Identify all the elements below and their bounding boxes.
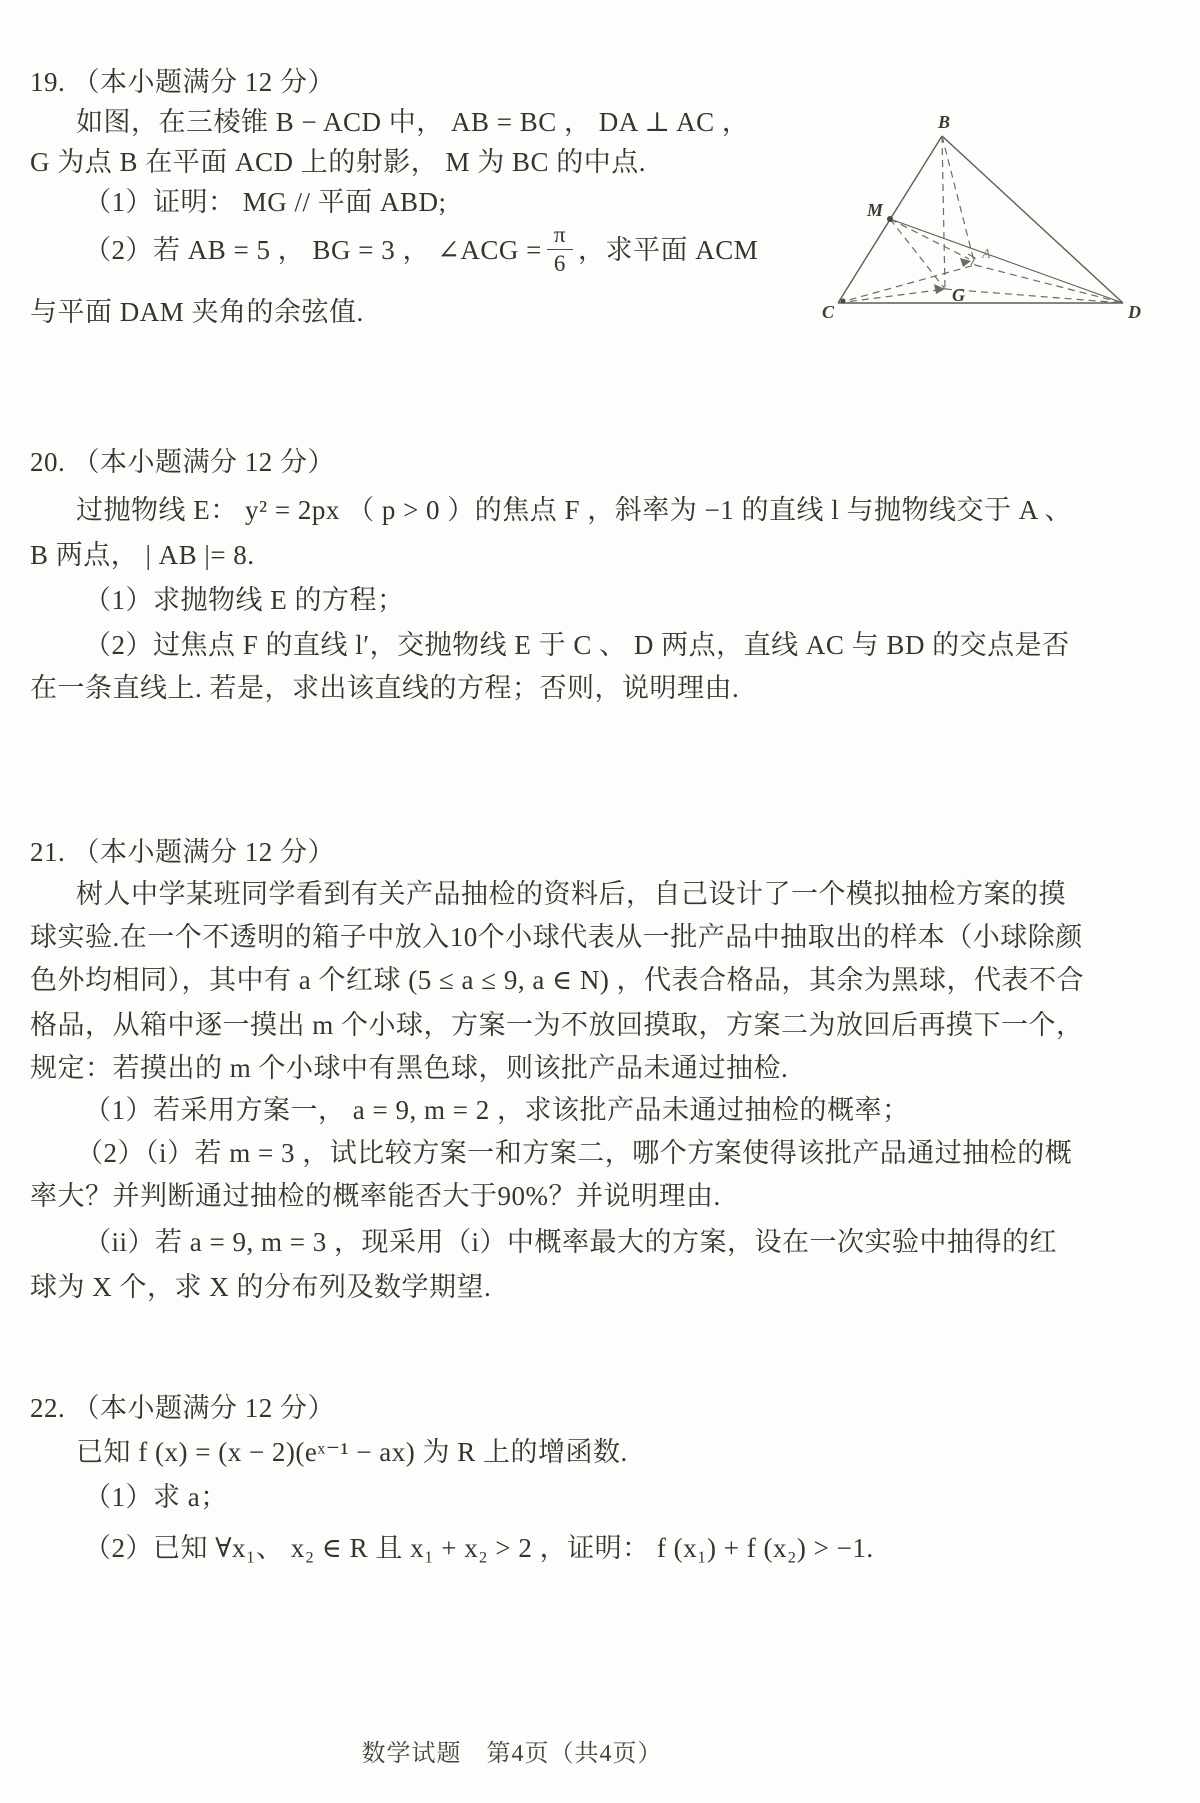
exam-page: 19. （本小题满分 12 分） 如图，在三棱锥 B − ACD 中， AB =… [0, 0, 1200, 1803]
q21-intro-line2: 球实验.在一个不透明的箱子中放入10个小球代表从一批产品中抽取出的样本（小球除颜 [30, 917, 1083, 957]
q20-part2-line1: （2）过焦点 F 的直线 l′，交抛物线 E 于 C 、 D 两点，直线 AC … [84, 625, 1070, 665]
q19-part2: （2）若 AB = 5 ， BG = 3 ， ∠ACG = π 6 ，求平面 A… [84, 222, 758, 278]
figure-label-C: C [822, 302, 835, 322]
page-footer: 数学试题 第4页（共4页） [0, 1733, 1024, 1768]
q19-heading: 19. （本小题满分 12 分） [30, 62, 335, 102]
tetrahedron-figure: B M A G C D [698, 86, 1144, 326]
q21-part2-line3: （ii）若 a = 9, m = 3 ，现采用（i）中概率最大的方案，设在一次实… [84, 1222, 1057, 1262]
figure-label-G: G [952, 285, 965, 305]
q21-part1: （1）若采用方案一， a = 9, m = 2 ，求该批产品未通过抽检的概率； [84, 1090, 909, 1130]
fraction-pi-over-6: π 6 [547, 222, 573, 278]
q19-intro-line2: G 为点 B 在平面 ACD 上的射影， M 为 BC 的中点. [30, 142, 646, 182]
q21-part2-line2: 率大？并判断通过抽检的概率能否大于90%？并说明理由. [30, 1176, 721, 1216]
figure-label-A: A [981, 247, 991, 262]
figure-label-M: M [866, 200, 884, 220]
q21-heading: 21. （本小题满分 12 分） [30, 832, 335, 872]
q22-intro: 已知 f (x) = (x − 2)(eˣ⁻¹ − ax) 为 R 上的增函数. [76, 1432, 628, 1472]
q19-part2-pre: （2）若 AB = 5 ， BG = 3 ， ∠ACG = [84, 230, 542, 270]
q20-part2-line2: 在一条直线上. 若是，求出该直线的方程；否则，说明理由. [30, 668, 739, 708]
q22-part2: （2）已知 ∀x₁、 x₂ ∈ R 且 x₁ + x₂ > 2 ，证明： f (… [84, 1528, 874, 1568]
q21-intro-line3: 色外均相同），其中有 a 个红球 (5 ≤ a ≤ 9, a ∈ N) ，代表合… [30, 960, 1084, 1000]
q21-part2-line1: （2）（i）若 m = 3 ，试比较方案一和方案二，哪个方案使得该批产品通过抽检… [76, 1133, 1072, 1173]
q21-part2-line4: 球为 X 个，求 X 的分布列及数学期望. [30, 1267, 491, 1307]
figure-label-D: D [1127, 302, 1141, 322]
q21-intro-line1: 树人中学某班同学看到有关产品抽检的资料后，自己设计了一个模拟抽检方案的摸 [76, 874, 1066, 914]
q19-closing: 与平面 DAM 夹角的余弦值. [30, 292, 364, 332]
q19-intro-line1: 如图，在三棱锥 B − ACD 中， AB = BC ， DA ⊥ AC ， [76, 102, 749, 142]
right-angle-mark [968, 254, 975, 265]
q20-part1: （1）求抛物线 E 的方程； [84, 580, 405, 620]
q20-intro-line2: B 两点， | AB |= 8. [30, 535, 255, 575]
q21-intro-line5: 规定：若摸出的 m 个小球中有黑色球，则该批产品未通过抽检. [30, 1048, 788, 1088]
q22-heading: 22. （本小题满分 12 分） [30, 1388, 335, 1428]
q21-intro-line4: 格品，从箱中逐一摸出 m 个小球，方案一为不放回摸取，方案二为放回后再摸下一个， [30, 1005, 1084, 1045]
q20-intro-line1: 过抛物线 E： y² = 2px （ p > 0 ）的焦点 F ，斜率为 −1 … [76, 490, 1072, 530]
fraction-denominator: 6 [554, 250, 566, 277]
q20-heading: 20. （本小题满分 12 分） [30, 442, 335, 482]
figure-label-B: B [937, 112, 950, 132]
q19-part1: （1）证明： MG // 平面 ABD; [84, 182, 447, 222]
fraction-numerator: π [547, 222, 573, 250]
q22-part1: （1）求 a； [84, 1477, 228, 1517]
